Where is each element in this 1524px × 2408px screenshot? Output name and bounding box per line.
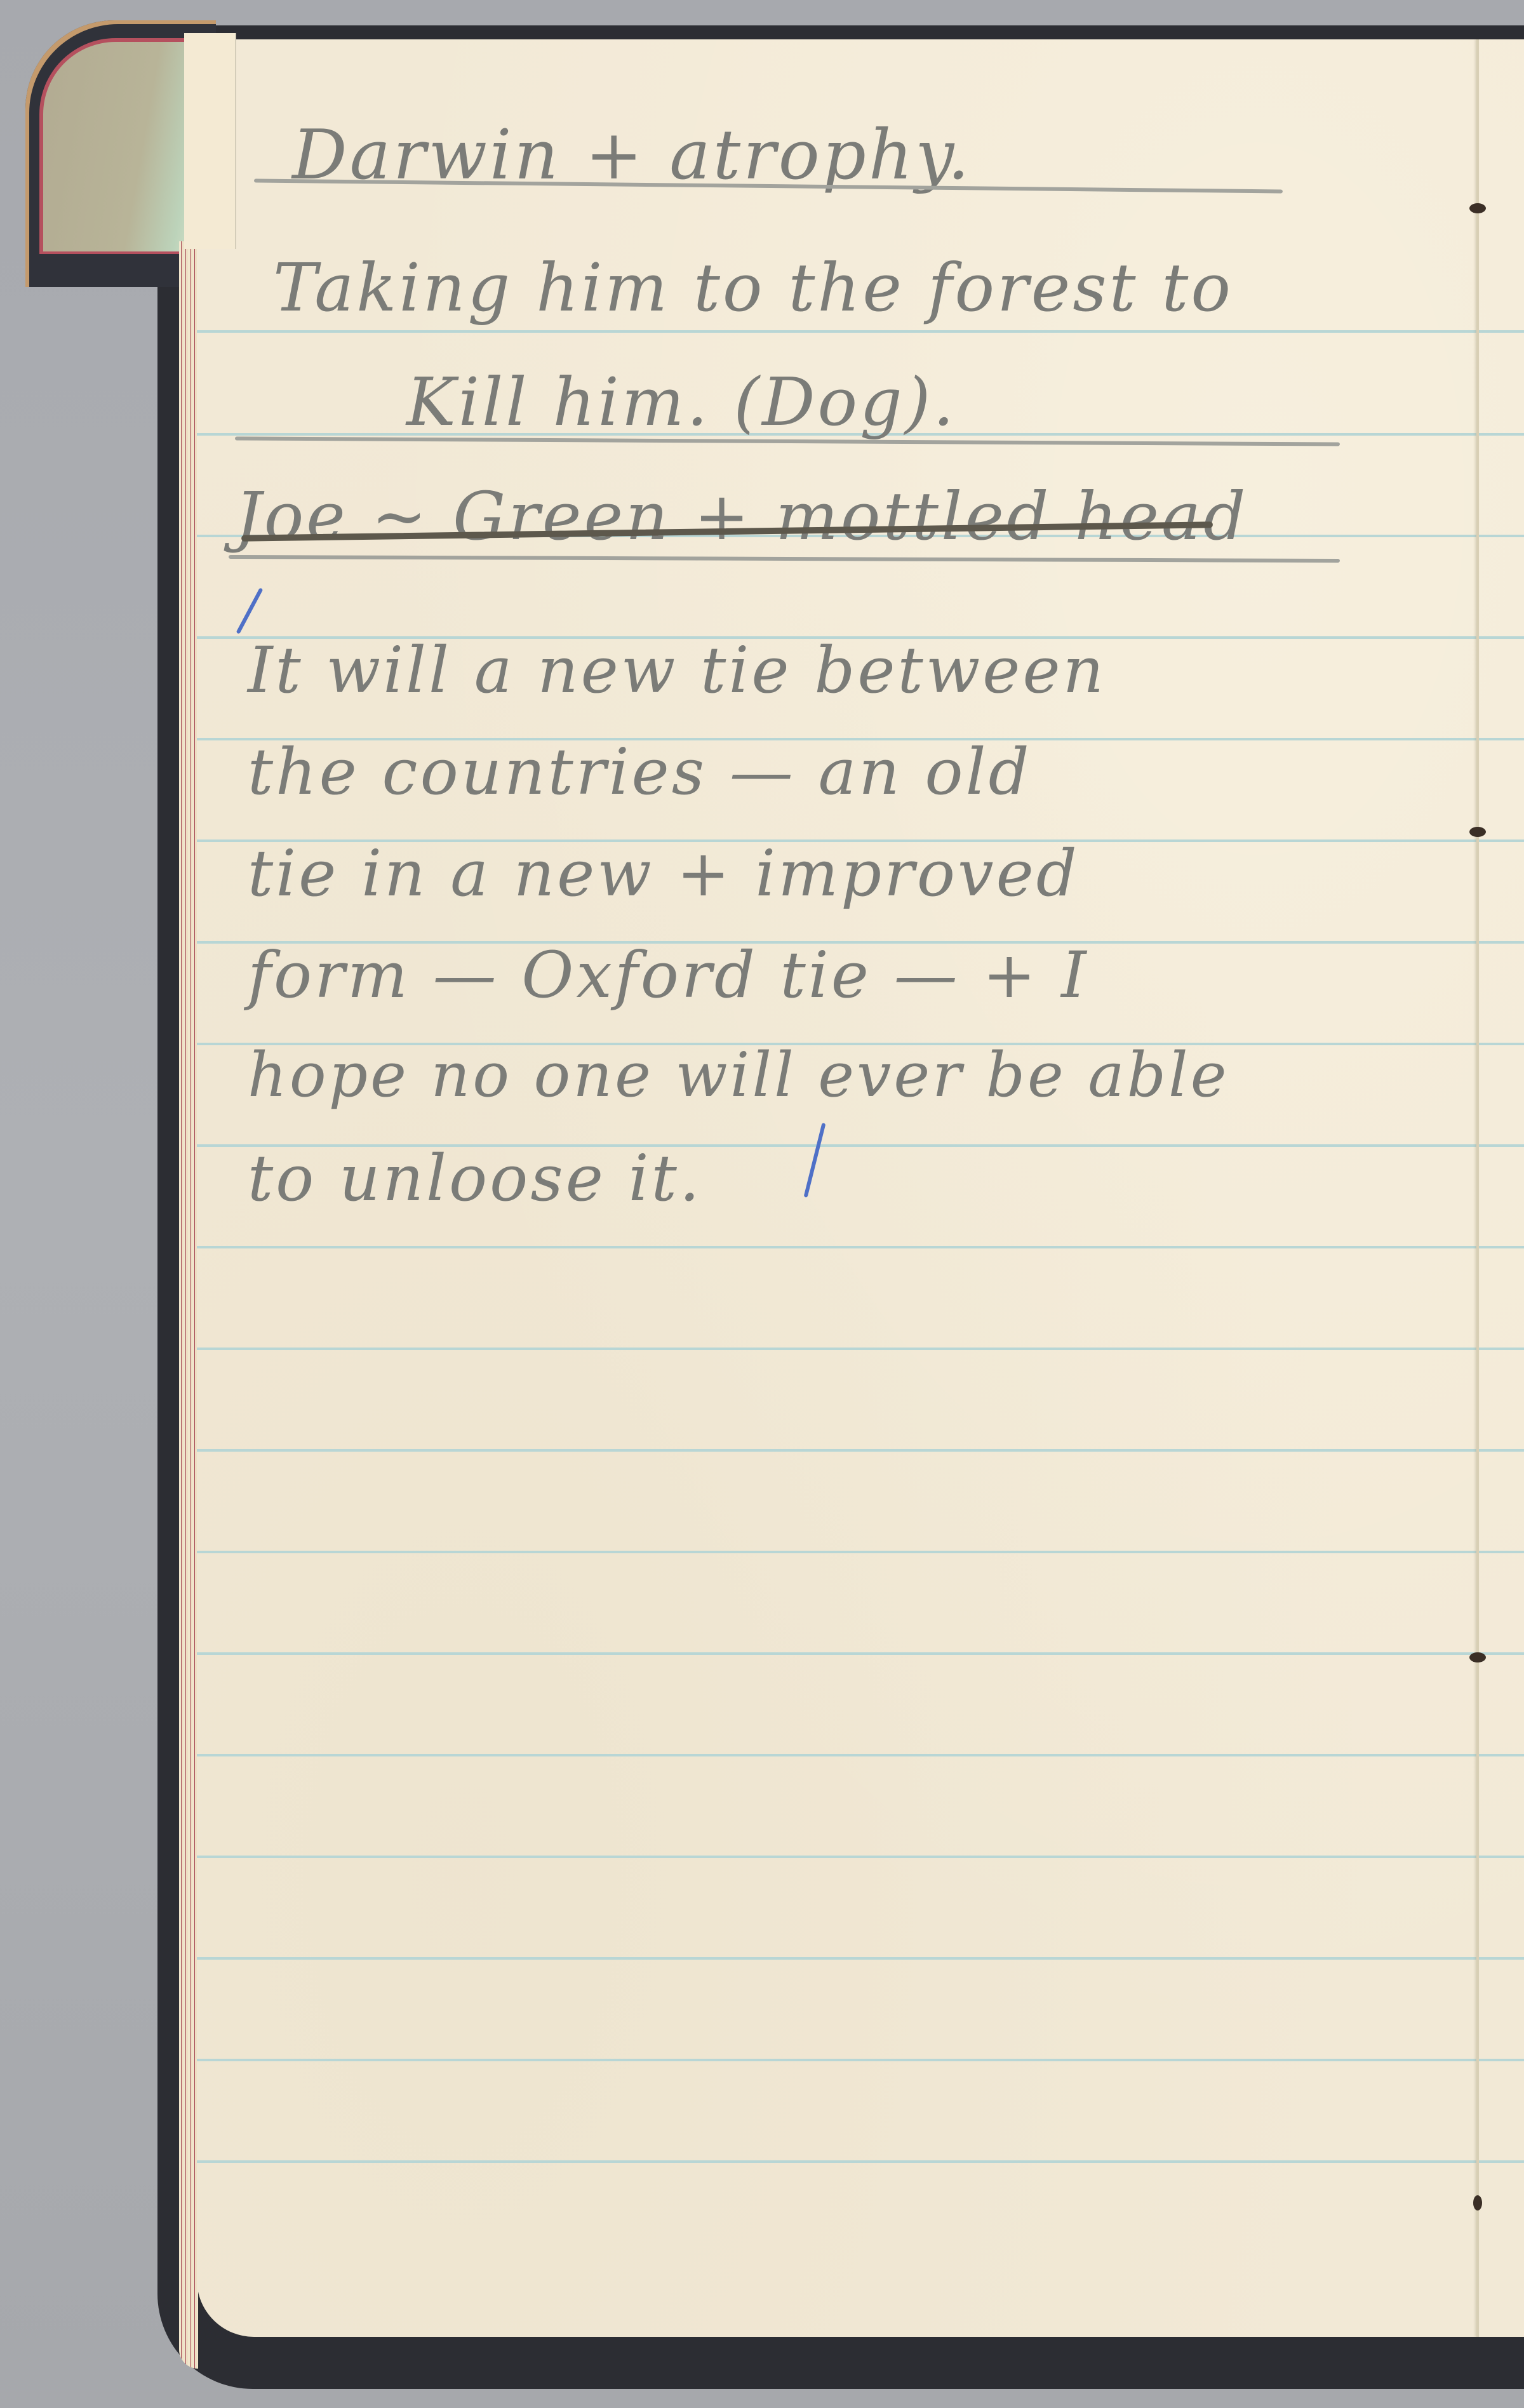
note-entry-2-line-6: to unloose it.	[248, 1141, 702, 1215]
note-entry-2-line-4: form — Oxford tie — + I	[248, 938, 1089, 1012]
note-entry-2-line-3: tie in a new + improved	[248, 836, 1079, 911]
note-entry-2-line-5: hope no one will ever be able	[248, 1040, 1229, 1111]
note-entry-1-line-2: Kill him. (Dog).	[406, 363, 956, 441]
struck-entry: Joe ~ Green + mottled head	[235, 478, 1248, 555]
torn-page-stub	[184, 33, 236, 249]
note-entry-1-line-1: Taking him to the forest to	[273, 249, 1233, 326]
cover-lining	[39, 38, 202, 254]
notebook-page: Darwin + atrophy. Taking him to the fore…	[197, 39, 1524, 2337]
struck-entry-underline	[229, 555, 1340, 563]
note-entry-2-line-1: It will a new tie between	[248, 633, 1106, 707]
blue-pencil-tick	[236, 587, 264, 634]
blue-pencil-tick	[804, 1123, 826, 1198]
handwritten-notes: Darwin + atrophy. Taking him to the fore…	[197, 39, 1524, 2337]
page-stack-edges	[179, 241, 198, 2369]
note-entry-2-line-2: the countries — an old	[248, 735, 1032, 809]
